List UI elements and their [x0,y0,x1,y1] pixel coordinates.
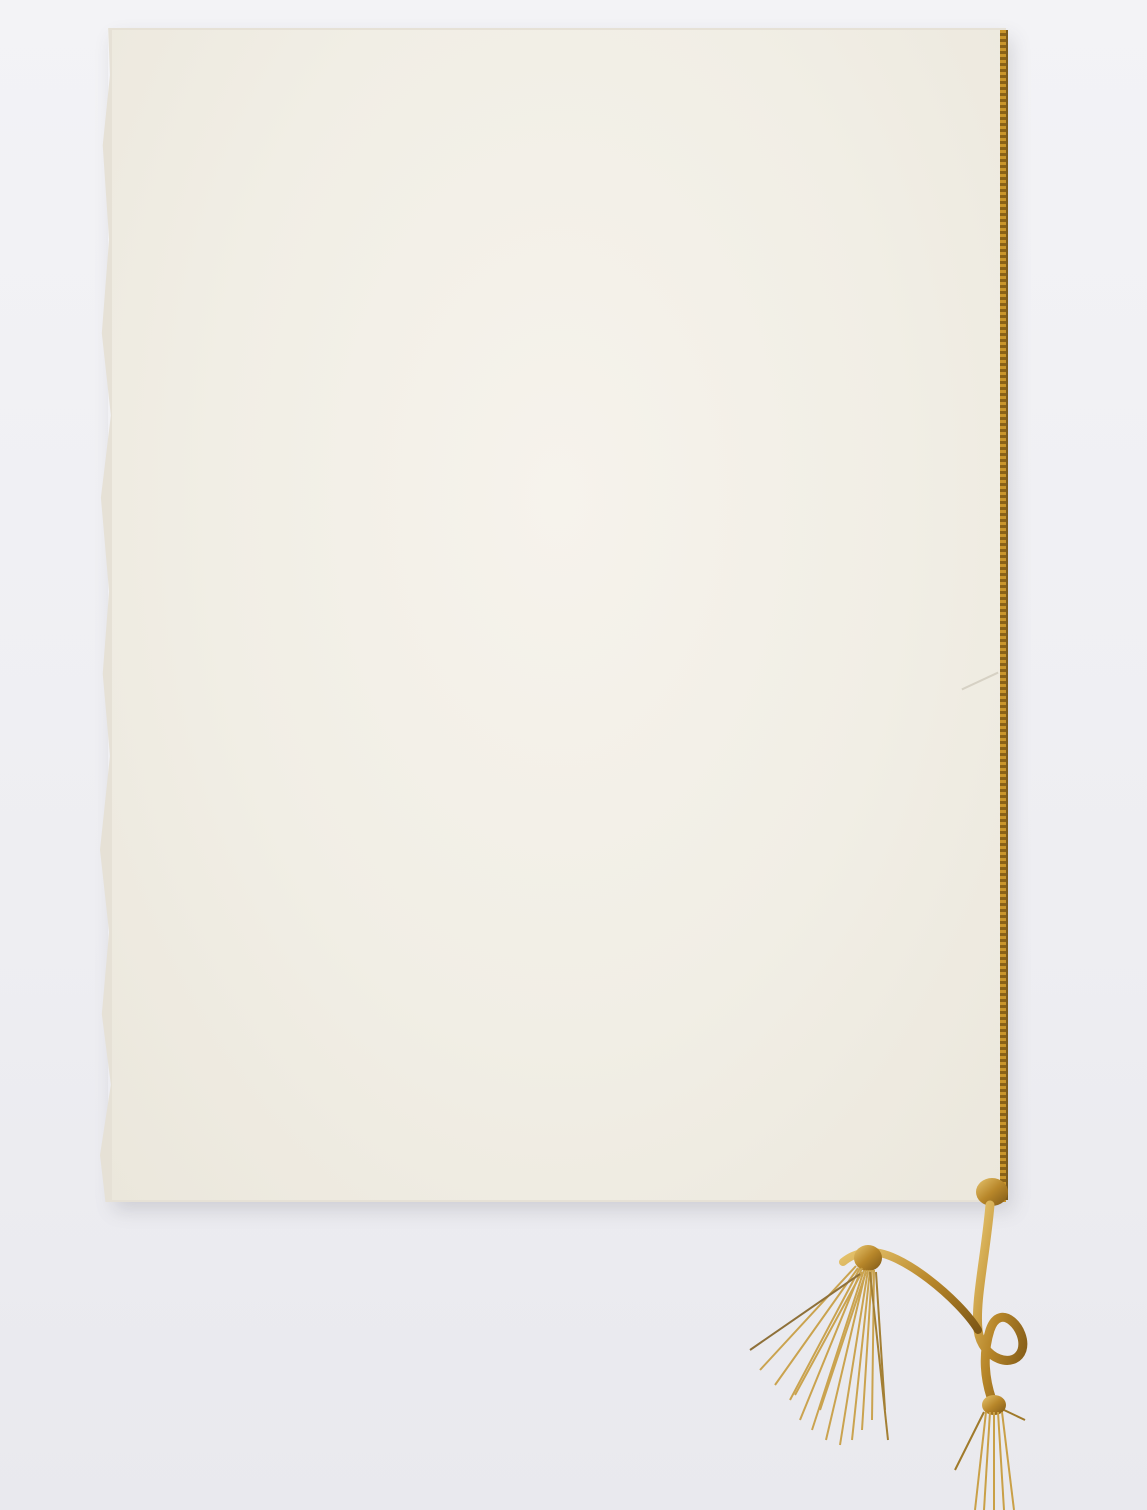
gold-tassel-icon [0,0,1147,1510]
photo-scene [0,0,1147,1510]
